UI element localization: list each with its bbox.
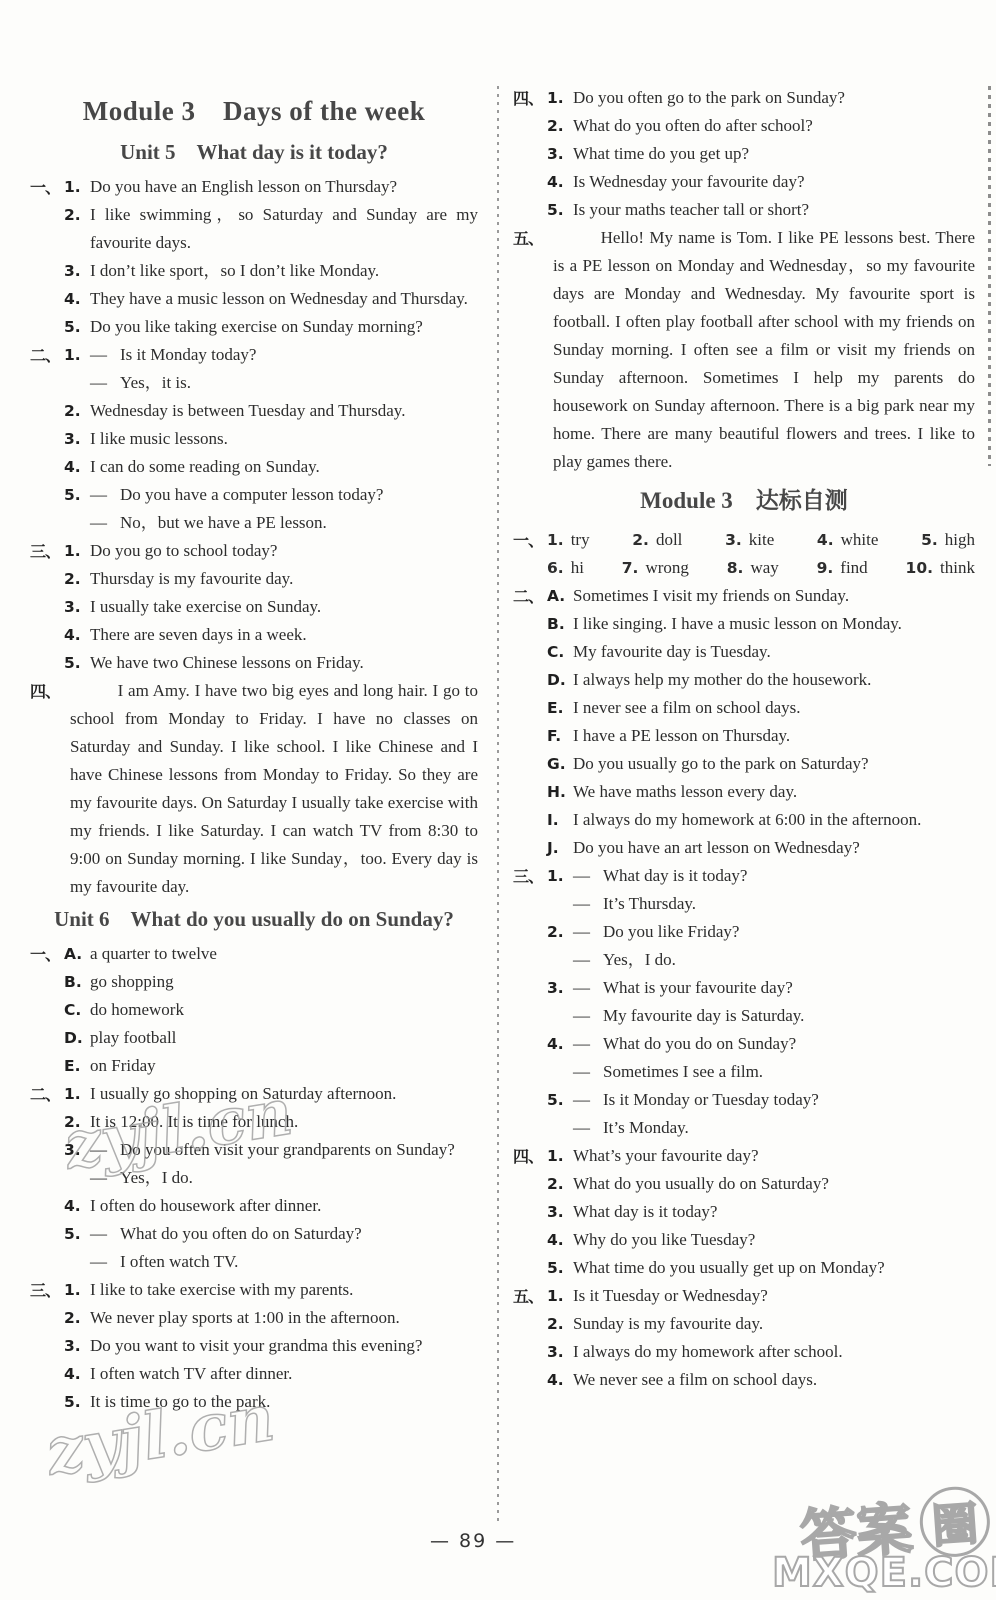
- word-label: 1.: [547, 526, 564, 554]
- section-marker: 五、: [513, 1283, 549, 1311]
- section-marker: 三、: [30, 538, 66, 566]
- exercise-item: 4.—What do you do on Sunday?—Sometimes I…: [547, 1030, 975, 1086]
- item-text: I like music lessons.: [90, 425, 478, 453]
- section-marker: 一、: [30, 941, 66, 969]
- item-line: Do you want to visit your grandma this e…: [90, 1332, 478, 1360]
- item-label: 1.: [547, 1142, 573, 1170]
- item-label: 3.: [64, 425, 90, 453]
- item-line: I usually go shopping on Saturday aftern…: [90, 1080, 478, 1108]
- item-text: —Is it Monday today?—Yes，it is.: [90, 341, 478, 397]
- left-column: Module 3 Days of the weekUnit 5 What day…: [30, 92, 478, 1416]
- exercise-item: 4.Is Wednesday your favourite day?: [547, 168, 975, 196]
- item-line: I have a PE lesson on Thursday.: [573, 722, 975, 750]
- word-item: 6.hi: [547, 554, 584, 582]
- item-text: Do you have an art lesson on Wednesday?: [573, 834, 975, 862]
- exercise-item: 2.I like swimming，so Saturday and Sunday…: [64, 201, 478, 257]
- item-text: What time do you usually get up on Monda…: [573, 1254, 975, 1282]
- item-text: Sometimes I visit my friends on Sunday.: [573, 582, 975, 610]
- exercise-item: C.My favourite day is Tuesday.: [547, 638, 975, 666]
- dialogue-text: What day is it today?: [603, 862, 975, 890]
- exercise-items: 1.I like to take exercise with my parent…: [64, 1276, 478, 1416]
- item-label: 1.: [547, 84, 573, 112]
- exercise-item: 3.What day is it today?: [547, 1198, 975, 1226]
- word-rows: 1.try2.doll3.kite4.white5.high6.hi7.wron…: [547, 526, 975, 582]
- item-line: I often do housework after dinner.: [90, 1192, 478, 1220]
- item-text: Is it Tuesday or Wednesday?: [573, 1282, 975, 1310]
- passage-text: I am Amy. I have two big eyes and long h…: [70, 677, 478, 901]
- word-text: think: [940, 554, 975, 582]
- item-text: I usually go shopping on Saturday aftern…: [90, 1080, 478, 1108]
- word-label: 4.: [817, 526, 834, 554]
- dialogue-text: It’s Monday.: [603, 1114, 975, 1142]
- item-label: 2.: [547, 1170, 573, 1198]
- item-text: —Is it Monday or Tuesday today?—It’s Mon…: [573, 1086, 975, 1142]
- dialogue-line: —It’s Monday.: [573, 1114, 975, 1142]
- item-label: 5.: [64, 481, 90, 509]
- item-line: play football: [90, 1024, 478, 1052]
- item-label: D.: [64, 1024, 90, 1052]
- item-text: What do you often do after school?: [573, 112, 975, 140]
- item-label: 4.: [64, 621, 90, 649]
- exercise-section: 三、1.—What day is it today?—It’s Thursday…: [513, 862, 975, 1142]
- exercise-item: 5.We have two Chinese lessons on Friday.: [64, 649, 478, 677]
- item-label: 2.: [547, 112, 573, 140]
- item-text: I usually take exercise on Sunday.: [90, 593, 478, 621]
- dialogue-text: No，but we have a PE lesson.: [120, 509, 478, 537]
- item-label: 1.: [64, 173, 90, 201]
- watermark-mxqe-site: MXQE.COM: [772, 1550, 996, 1596]
- exercise-item: 1.Do you go to school today?: [64, 537, 478, 565]
- dialogue-dash: —: [573, 1058, 603, 1086]
- item-text: I like singing. I have a music lesson on…: [573, 610, 975, 638]
- dialogue-dash: —: [573, 918, 603, 946]
- item-line: I never see a film on school days.: [573, 694, 975, 722]
- item-text: a quarter to twelve: [90, 940, 478, 968]
- exercise-item: 3.I always do my homework after school.: [547, 1338, 975, 1366]
- dialogue-dash: —: [573, 1086, 603, 1114]
- item-line: I always do my homework at 6:00 in the a…: [573, 806, 975, 834]
- word-text: white: [841, 526, 879, 554]
- item-label: 1.: [64, 1276, 90, 1304]
- word-item: 1.try: [547, 526, 590, 554]
- exercise-item: 1.—What day is it today?—It’s Thursday.: [547, 862, 975, 918]
- word-text: doll: [656, 526, 682, 554]
- item-label: D.: [547, 666, 573, 694]
- item-text: Do you have an English lesson on Thursda…: [90, 173, 478, 201]
- section-marker: 四、: [513, 1143, 549, 1171]
- item-label: 3.: [64, 1136, 90, 1164]
- exercise-section: 四、1.Do you often go to the park on Sunda…: [513, 84, 975, 224]
- item-line: Thursday is my favourite day.: [90, 565, 478, 593]
- exercise-item: I.I always do my homework at 6:00 in the…: [547, 806, 975, 834]
- dialogue-line: —My favourite day is Saturday.: [573, 1002, 975, 1030]
- item-text: Sunday is my favourite day.: [573, 1310, 975, 1338]
- item-label: 1.: [64, 341, 90, 369]
- exercise-item: B.go shopping: [64, 968, 478, 996]
- exercise-item: 4.Why do you like Tuesday?: [547, 1226, 975, 1254]
- section-marker: 四、: [30, 678, 66, 706]
- dialogue-line: —I often watch TV.: [90, 1248, 478, 1276]
- item-label: 2.: [64, 1108, 90, 1136]
- item-line: Why do you like Tuesday?: [573, 1226, 975, 1254]
- word-text: high: [945, 526, 975, 554]
- item-label: 5.: [64, 1220, 90, 1248]
- dialogue-line: —Is it Monday today?: [90, 341, 478, 369]
- exercise-item: 2.What do you usually do on Saturday?: [547, 1170, 975, 1198]
- exercise-items: 1.—Is it Monday today?—Yes，it is.2.Wedne…: [64, 341, 478, 537]
- item-text: Do you often go to the park on Sunday?: [573, 84, 975, 112]
- dialogue-text: Do you like Friday?: [603, 918, 975, 946]
- exercise-item: E.on Friday: [64, 1052, 478, 1080]
- dialogue-text: Yes，I do.: [120, 1164, 478, 1192]
- item-line: Sunday is my favourite day.: [573, 1310, 975, 1338]
- item-label: 4.: [64, 285, 90, 313]
- item-text: Do you like taking exercise on Sunday mo…: [90, 313, 478, 341]
- dialogue-line: —What do you often do on Saturday?: [90, 1220, 478, 1248]
- right-column: 四、1.Do you often go to the park on Sunda…: [513, 84, 975, 1394]
- exercise-section: 一、A.a quarter to twelveB.go shoppingC.do…: [30, 940, 478, 1080]
- exercise-item: 3.I like music lessons.: [64, 425, 478, 453]
- dialogue-text: My favourite day is Saturday.: [603, 1002, 975, 1030]
- item-label: 3.: [547, 974, 573, 1002]
- dialogue-line: —What is your favourite day?: [573, 974, 975, 1002]
- item-line: I don’t like sport，so I don’t like Monda…: [90, 257, 478, 285]
- dialogue-dash: —: [573, 1002, 603, 1030]
- exercise-item: 4.I can do some reading on Sunday.: [64, 453, 478, 481]
- item-text: It is 12:00. It is time for lunch.: [90, 1108, 478, 1136]
- item-text: Do you want to visit your grandma this e…: [90, 1332, 478, 1360]
- dialogue-text: Sometimes I see a film.: [603, 1058, 975, 1086]
- item-text: I don’t like sport，so I don’t like Monda…: [90, 257, 478, 285]
- exercise-items: 1.Do you have an English lesson on Thurs…: [64, 173, 478, 341]
- dialogue-line: —Yes，it is.: [90, 369, 478, 397]
- exercise-item: B.I like singing. I have a music lesson …: [547, 610, 975, 638]
- item-label: 1.: [64, 1080, 90, 1108]
- item-line: Do you usually go to the park on Saturda…: [573, 750, 975, 778]
- exercise-item: 1.Do you often go to the park on Sunday?: [547, 84, 975, 112]
- item-line: Do you often go to the park on Sunday?: [573, 84, 975, 112]
- section-marker: 一、: [513, 527, 549, 555]
- watermark-daanquan-circle-icon: 圈: [917, 1484, 992, 1559]
- item-line: There are seven days in a week.: [90, 621, 478, 649]
- exercise-item: 1.I like to take exercise with my parent…: [64, 1276, 478, 1304]
- item-text: I often watch TV after dinner.: [90, 1360, 478, 1388]
- item-line: We never see a film on school days.: [573, 1366, 975, 1394]
- item-line: I like music lessons.: [90, 425, 478, 453]
- item-label: I.: [547, 806, 573, 834]
- item-text: play football: [90, 1024, 478, 1052]
- item-text: We have maths lesson every day.: [573, 778, 975, 806]
- dialogue-line: —What day is it today?: [573, 862, 975, 890]
- item-label: 5.: [64, 649, 90, 677]
- item-label: 2.: [547, 1310, 573, 1338]
- item-text: —Do you often visit your grandparents on…: [90, 1136, 478, 1192]
- item-line: What time do you get up?: [573, 140, 975, 168]
- item-text: go shopping: [90, 968, 478, 996]
- exercise-item: 2.We never play sports at 1:00 in the af…: [64, 1304, 478, 1332]
- binding-dash-marks: [988, 86, 991, 466]
- item-text: Do you usually go to the park on Saturda…: [573, 750, 975, 778]
- exercise-item: 1.—Is it Monday today?—Yes，it is.: [64, 341, 478, 397]
- dialogue-dash: —: [90, 1220, 120, 1248]
- item-label: 2.: [64, 1304, 90, 1332]
- item-label: J.: [547, 834, 573, 862]
- word-answers-section: 一、1.try2.doll3.kite4.white5.high6.hi7.wr…: [513, 526, 975, 582]
- section-marker: 二、: [513, 583, 549, 611]
- item-line: We have maths lesson every day.: [573, 778, 975, 806]
- exercise-item: 2.Sunday is my favourite day.: [547, 1310, 975, 1338]
- section-marker: 一、: [30, 174, 66, 202]
- item-label: F.: [547, 722, 573, 750]
- dialogue-text: I often watch TV.: [120, 1248, 478, 1276]
- item-line: Is it Tuesday or Wednesday?: [573, 1282, 975, 1310]
- exercise-item: 5.Is your maths teacher tall or short?: [547, 196, 975, 224]
- dialogue-dash: —: [90, 341, 120, 369]
- item-label: C.: [547, 638, 573, 666]
- dialogue-dash: —: [573, 1114, 603, 1142]
- exercise-item: E.I never see a film on school days.: [547, 694, 975, 722]
- exercise-item: G.Do you usually go to the park on Satur…: [547, 750, 975, 778]
- item-text: —Do you like Friday?—Yes，I do.: [573, 918, 975, 974]
- item-text: Is your maths teacher tall or short?: [573, 196, 975, 224]
- item-text: What time do you get up?: [573, 140, 975, 168]
- exercise-item: 3.What time do you get up?: [547, 140, 975, 168]
- exercise-item: F.I have a PE lesson on Thursday.: [547, 722, 975, 750]
- item-label: 1.: [547, 1282, 573, 1310]
- item-text: What’s your favourite day?: [573, 1142, 975, 1170]
- item-line: do homework: [90, 996, 478, 1024]
- word-text: find: [840, 554, 867, 582]
- exercise-items: 1.What’s your favourite day?2.What do yo…: [547, 1142, 975, 1282]
- item-line: Do you go to school today?: [90, 537, 478, 565]
- word-item: 3.kite: [725, 526, 774, 554]
- item-text: What do you usually do on Saturday?: [573, 1170, 975, 1198]
- word-text: kite: [749, 526, 775, 554]
- dialogue-dash: —: [90, 1136, 120, 1164]
- dialogue-dash: —: [90, 481, 120, 509]
- item-label: 5.: [64, 313, 90, 341]
- exercise-item: D.I always help my mother do the housewo…: [547, 666, 975, 694]
- item-line: What day is it today?: [573, 1198, 975, 1226]
- item-line: We have two Chinese lessons on Friday.: [90, 649, 478, 677]
- item-label: 1.: [64, 537, 90, 565]
- word-item: 8.way: [727, 554, 779, 582]
- item-text: Why do you like Tuesday?: [573, 1226, 975, 1254]
- word-item: 4.white: [817, 526, 878, 554]
- unit-heading: Unit 5 What day is it today?: [30, 136, 478, 168]
- item-text: My favourite day is Tuesday.: [573, 638, 975, 666]
- item-line: Wednesday is between Tuesday and Thursda…: [90, 397, 478, 425]
- item-text: I have a PE lesson on Thursday.: [573, 722, 975, 750]
- dialogue-dash: —: [573, 946, 603, 974]
- exercise-section: 二、1.—Is it Monday today?—Yes，it is.2.Wed…: [30, 341, 478, 537]
- section-marker: 三、: [513, 863, 549, 891]
- exercise-item: 4.They have a music lesson on Wednesday …: [64, 285, 478, 313]
- item-label: 5.: [64, 1388, 90, 1416]
- dialogue-text: What do you often do on Saturday?: [120, 1220, 478, 1248]
- item-line: I often watch TV after dinner.: [90, 1360, 478, 1388]
- word-label: 5.: [921, 526, 938, 554]
- item-line: My favourite day is Tuesday.: [573, 638, 975, 666]
- item-text: We have two Chinese lessons on Friday.: [90, 649, 478, 677]
- item-label: 4.: [547, 168, 573, 196]
- item-text: I like to take exercise with my parents.: [90, 1276, 478, 1304]
- exercise-item: 4.I often watch TV after dinner.: [64, 1360, 478, 1388]
- exercise-item: 5.Do you like taking exercise on Sunday …: [64, 313, 478, 341]
- dialogue-text: Is it Monday or Tuesday today?: [603, 1086, 975, 1114]
- item-text: I always do my homework at 6:00 in the a…: [573, 806, 975, 834]
- exercise-item: J.Do you have an art lesson on Wednesday…: [547, 834, 975, 862]
- item-label: C.: [64, 996, 90, 1024]
- section-marker: 三、: [30, 1277, 66, 1305]
- unit-heading: Unit 6 What do you usually do on Sunday?: [30, 903, 478, 935]
- item-label: H.: [547, 778, 573, 806]
- item-text: I always do my homework after school.: [573, 1338, 975, 1366]
- exercise-items: 1.Do you often go to the park on Sunday?…: [547, 84, 975, 224]
- item-line: Do you have an English lesson on Thursda…: [90, 173, 478, 201]
- dialogue-line: —Is it Monday or Tuesday today?: [573, 1086, 975, 1114]
- item-text: —What day is it today?—It’s Thursday.: [573, 862, 975, 918]
- item-label: 2.: [64, 565, 90, 593]
- item-text: I can do some reading on Sunday.: [90, 453, 478, 481]
- word-text: wrong: [645, 554, 688, 582]
- item-text: We never see a film on school days.: [573, 1366, 975, 1394]
- item-line: What’s your favourite day?: [573, 1142, 975, 1170]
- item-label: E.: [64, 1052, 90, 1080]
- item-line: I usually take exercise on Sunday.: [90, 593, 478, 621]
- dialogue-dash: —: [573, 890, 603, 918]
- item-line: They have a music lesson on Wednesday an…: [90, 285, 478, 313]
- dialogue-text: What do you do on Sunday?: [603, 1030, 975, 1058]
- dialogue-text: Yes，it is.: [120, 369, 478, 397]
- item-line: It is 12:00. It is time for lunch.: [90, 1108, 478, 1136]
- item-line: I like swimming，so Saturday and Sunday a…: [90, 201, 478, 257]
- item-text: What day is it today?: [573, 1198, 975, 1226]
- item-text: I always help my mother do the housework…: [573, 666, 975, 694]
- watermark-daanquan-logo: 答案 圈: [797, 1479, 992, 1572]
- dialogue-line: —Do you often visit your grandparents on…: [90, 1136, 478, 1164]
- item-label: 2.: [64, 397, 90, 425]
- item-line: It is time to go to the park.: [90, 1388, 478, 1416]
- exercise-item: 2.What do you often do after school?: [547, 112, 975, 140]
- exercise-item: 5.—Do you have a computer lesson today?—…: [64, 481, 478, 537]
- exercise-item: 3.—What is your favourite day?—My favour…: [547, 974, 975, 1030]
- passage-text: Hello! My name is Tom. I like PE lessons…: [553, 224, 975, 476]
- exercise-section: 三、1.I like to take exercise with my pare…: [30, 1276, 478, 1416]
- word-item: 5.high: [921, 526, 975, 554]
- word-label: 2.: [632, 526, 649, 554]
- item-text: Is Wednesday your favourite day?: [573, 168, 975, 196]
- item-label: A.: [547, 582, 573, 610]
- item-text: Do you go to school today?: [90, 537, 478, 565]
- dialogue-line: —Sometimes I see a film.: [573, 1058, 975, 1086]
- dialogue-line: —No，but we have a PE lesson.: [90, 509, 478, 537]
- item-line: What time do you usually get up on Monda…: [573, 1254, 975, 1282]
- word-text: way: [750, 554, 778, 582]
- item-line: Do you have an art lesson on Wednesday?: [573, 834, 975, 862]
- item-line: I can do some reading on Sunday.: [90, 453, 478, 481]
- exercise-item: 3.I usually take exercise on Sunday.: [64, 593, 478, 621]
- dialogue-text: It’s Thursday.: [603, 890, 975, 918]
- word-label: 9.: [817, 554, 834, 582]
- dialogue-dash: —: [90, 369, 120, 397]
- exercise-item: 5.What time do you usually get up on Mon…: [547, 1254, 975, 1282]
- item-label: B.: [547, 610, 573, 638]
- dialogue-dash: —: [573, 974, 603, 1002]
- dialogue-line: —Yes，I do.: [573, 946, 975, 974]
- workbook-page: Module 3 Days of the weekUnit 5 What day…: [0, 0, 996, 1600]
- exercise-items: A.a quarter to twelveB.go shoppingC.do h…: [64, 940, 478, 1080]
- exercise-item: 4.There are seven days in a week.: [64, 621, 478, 649]
- item-text: I never see a film on school days.: [573, 694, 975, 722]
- word-label: 3.: [725, 526, 742, 554]
- module-heading: Module 3 Days of the week: [30, 92, 478, 130]
- item-text: I like swimming，so Saturday and Sunday a…: [90, 201, 478, 257]
- dialogue-line: —Yes，I do.: [90, 1164, 478, 1192]
- section-marker: 五、: [513, 225, 549, 253]
- item-line: I always do my homework after school.: [573, 1338, 975, 1366]
- exercise-section: 三、1.Do you go to school today?2.Thursday…: [30, 537, 478, 677]
- item-line: go shopping: [90, 968, 478, 996]
- item-text: Wednesday is between Tuesday and Thursda…: [90, 397, 478, 425]
- item-line: We never play sports at 1:00 in the afte…: [90, 1304, 478, 1332]
- dialogue-line: —It’s Thursday.: [573, 890, 975, 918]
- word-text: try: [571, 526, 590, 554]
- item-label: 2.: [547, 918, 573, 946]
- item-text: do homework: [90, 996, 478, 1024]
- item-line: on Friday: [90, 1052, 478, 1080]
- column-divider-dotted-line: [497, 86, 499, 1524]
- exercise-item: 5.—Is it Monday or Tuesday today?—It’s M…: [547, 1086, 975, 1142]
- dialogue-text: Yes，I do.: [603, 946, 975, 974]
- dialogue-text: What is your favourite day?: [603, 974, 975, 1002]
- dialogue-dash: —: [90, 1164, 120, 1192]
- exercise-item: 1.I usually go shopping on Saturday afte…: [64, 1080, 478, 1108]
- item-label: 4.: [64, 453, 90, 481]
- exercise-item: 2.Wednesday is between Tuesday and Thurs…: [64, 397, 478, 425]
- exercise-item: 1.What’s your favourite day?: [547, 1142, 975, 1170]
- word-label: 10.: [906, 554, 933, 582]
- word-text: hi: [571, 554, 584, 582]
- word-row: 6.hi7.wrong8.way9.find10.think: [547, 554, 975, 582]
- item-line: Is Wednesday your favourite day?: [573, 168, 975, 196]
- item-label: 3.: [547, 1198, 573, 1226]
- exercise-item: D.play football: [64, 1024, 478, 1052]
- exercise-item: 5.—What do you often do on Saturday?—I o…: [64, 1220, 478, 1276]
- exercise-section: 四、1.What’s your favourite day?2.What do …: [513, 1142, 975, 1282]
- exercise-section: 二、1.I usually go shopping on Saturday af…: [30, 1080, 478, 1276]
- exercise-item: A.Sometimes I visit my friends on Sunday…: [547, 582, 975, 610]
- item-label: 5.: [547, 1086, 573, 1114]
- item-label: 3.: [64, 1332, 90, 1360]
- word-row: 1.try2.doll3.kite4.white5.high: [547, 526, 975, 554]
- item-label: 4.: [547, 1226, 573, 1254]
- item-label: 2.: [64, 201, 90, 229]
- section-marker: 二、: [30, 342, 66, 370]
- item-text: It is time to go to the park.: [90, 1388, 478, 1416]
- test-heading: Module 3 达标自测: [513, 484, 975, 518]
- exercise-items: 1.I usually go shopping on Saturday afte…: [64, 1080, 478, 1276]
- dialogue-line: —What do you do on Sunday?: [573, 1030, 975, 1058]
- passage-section: 五、Hello! My name is Tom. I like PE lesso…: [513, 224, 975, 476]
- item-label: 3.: [64, 257, 90, 285]
- exercise-item: 3.—Do you often visit your grandparents …: [64, 1136, 478, 1192]
- exercise-item: 2.It is 12:00. It is time for lunch.: [64, 1108, 478, 1136]
- exercise-item: C.do homework: [64, 996, 478, 1024]
- exercise-item: 2.Thursday is my favourite day.: [64, 565, 478, 593]
- section-marker: 四、: [513, 85, 549, 113]
- exercise-item: 3.Do you want to visit your grandma this…: [64, 1332, 478, 1360]
